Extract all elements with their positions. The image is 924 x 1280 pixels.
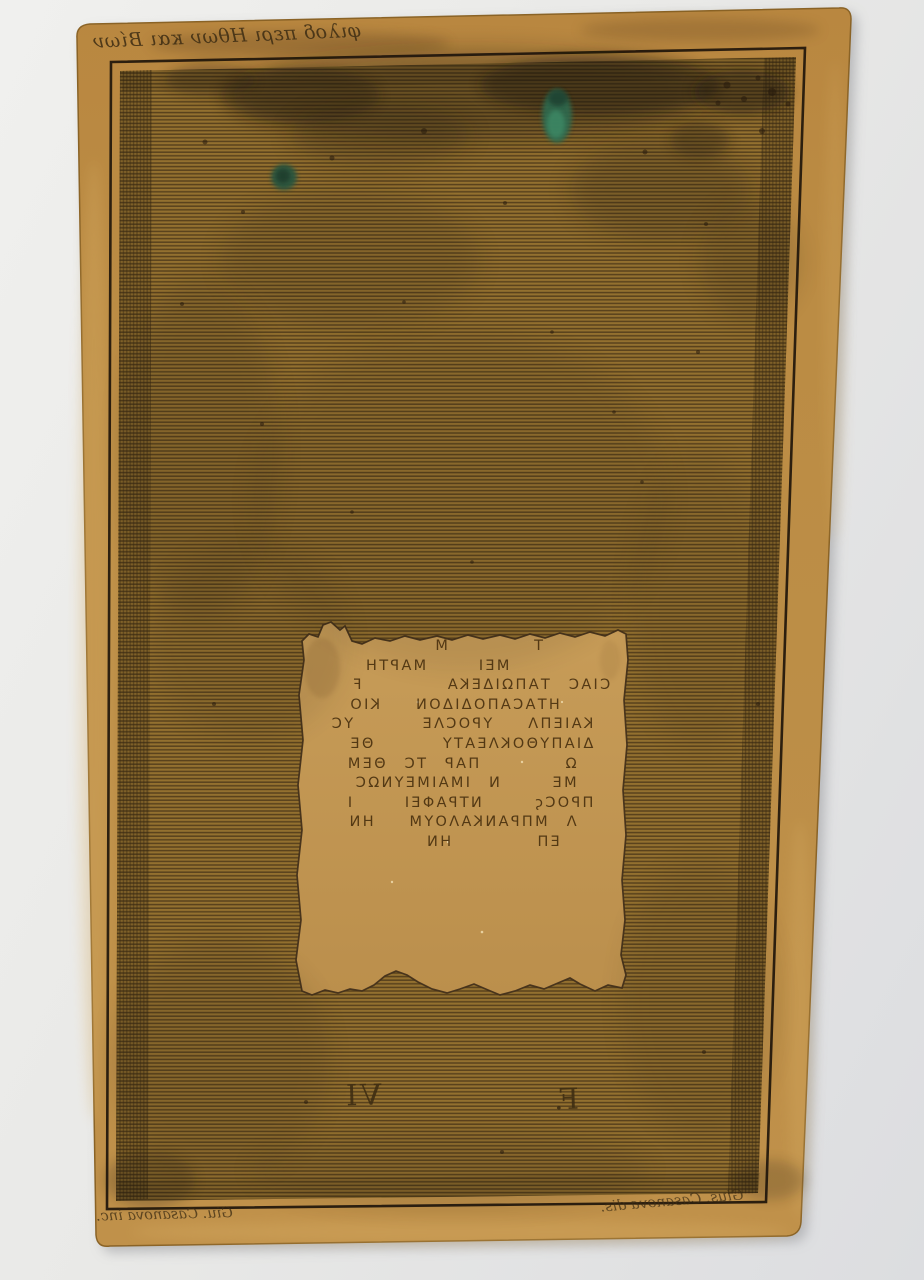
- papyrus-line: ΗΤΑϹΑΠΟΔΙΔΟΝ ΚΙΟ: [299, 696, 627, 716]
- papyrus-line: Ω ΠΑΡ ΤϹ ΘΕΜ: [299, 755, 627, 775]
- papyrus-line: ΚΑΙΕΠΛ ΥΡΟϹΛΕ ΥϹ: [299, 715, 627, 735]
- papyrus-line: ΕΠ ΗΝ: [299, 833, 627, 853]
- papyrus-line: ΔΙΑΠΥΘΟΚΛΕΑΤΥ ΘΕ: [299, 735, 627, 755]
- papyrus-line: ΜΕ Ν ΙΜΑΙΜΕΥΝΩϹ: [299, 774, 627, 794]
- papyrus-line: ΠΡΟϹς ΝΤΡΑΦΕΙ Ι: [299, 794, 627, 814]
- photo-background: φιλοδ περι Ηθων και Βίων Τ Μ ΜΕΙ ΜΑΡΤΗ Ϲ…: [0, 0, 924, 1280]
- papyrus-text-block: Τ Μ ΜΕΙ ΜΑΡΤΗ ϹΙΑϹ ΤΑΠΩΙΔΕΚΑ Ϝ ΗΤΑϹΑΠΟΔΙ…: [299, 637, 627, 853]
- fragment-letter-label: F.: [534, 1081, 599, 1117]
- papyrus-line: Τ Μ: [299, 637, 627, 657]
- papyrus-line: ΜΕΙ ΜΑΡΤΗ: [299, 657, 627, 677]
- papyrus-line: Λ ΜΠΡΑΝΚΑΛΟΥΜ ΗΝ: [299, 813, 627, 833]
- column-number-label: VI: [320, 1077, 405, 1113]
- papyrus-line: ϹΙΑϹ ΤΑΠΩΙΔΕΚΑ Ϝ: [299, 676, 627, 696]
